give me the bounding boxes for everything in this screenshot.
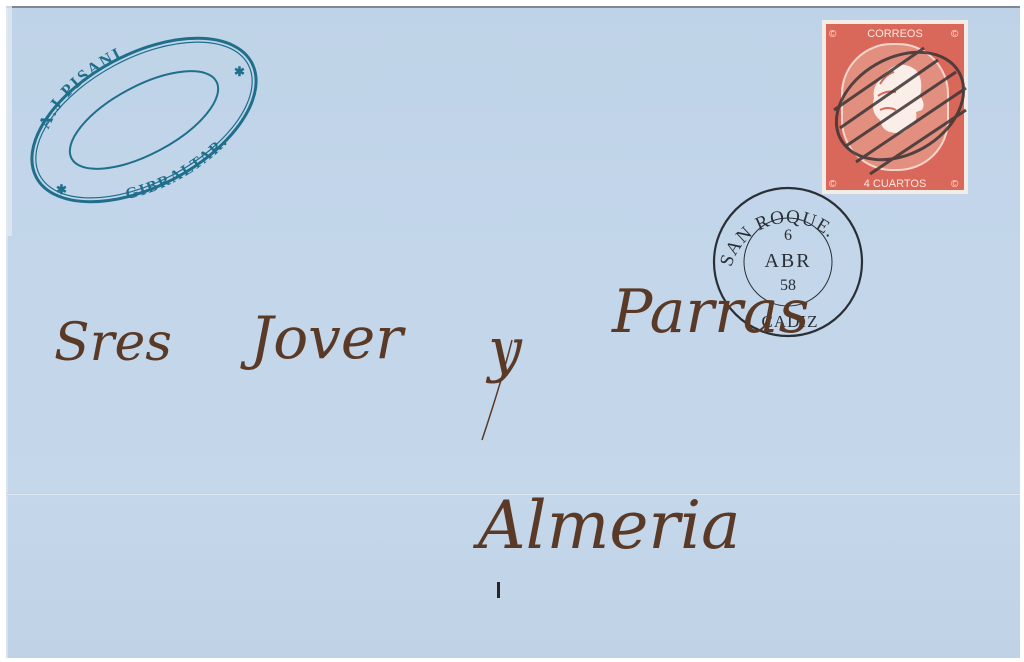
handwritten-address: Sres Jover y Parras Almeria <box>0 0 1024 662</box>
address-name-1: Jover <box>240 304 406 372</box>
address-conjunction: y <box>485 315 523 385</box>
address-destination: Almeria <box>472 487 740 564</box>
address-honorific: Sres <box>54 313 172 373</box>
address-name-2: Parras <box>611 277 809 347</box>
ink-mark <box>497 582 500 598</box>
